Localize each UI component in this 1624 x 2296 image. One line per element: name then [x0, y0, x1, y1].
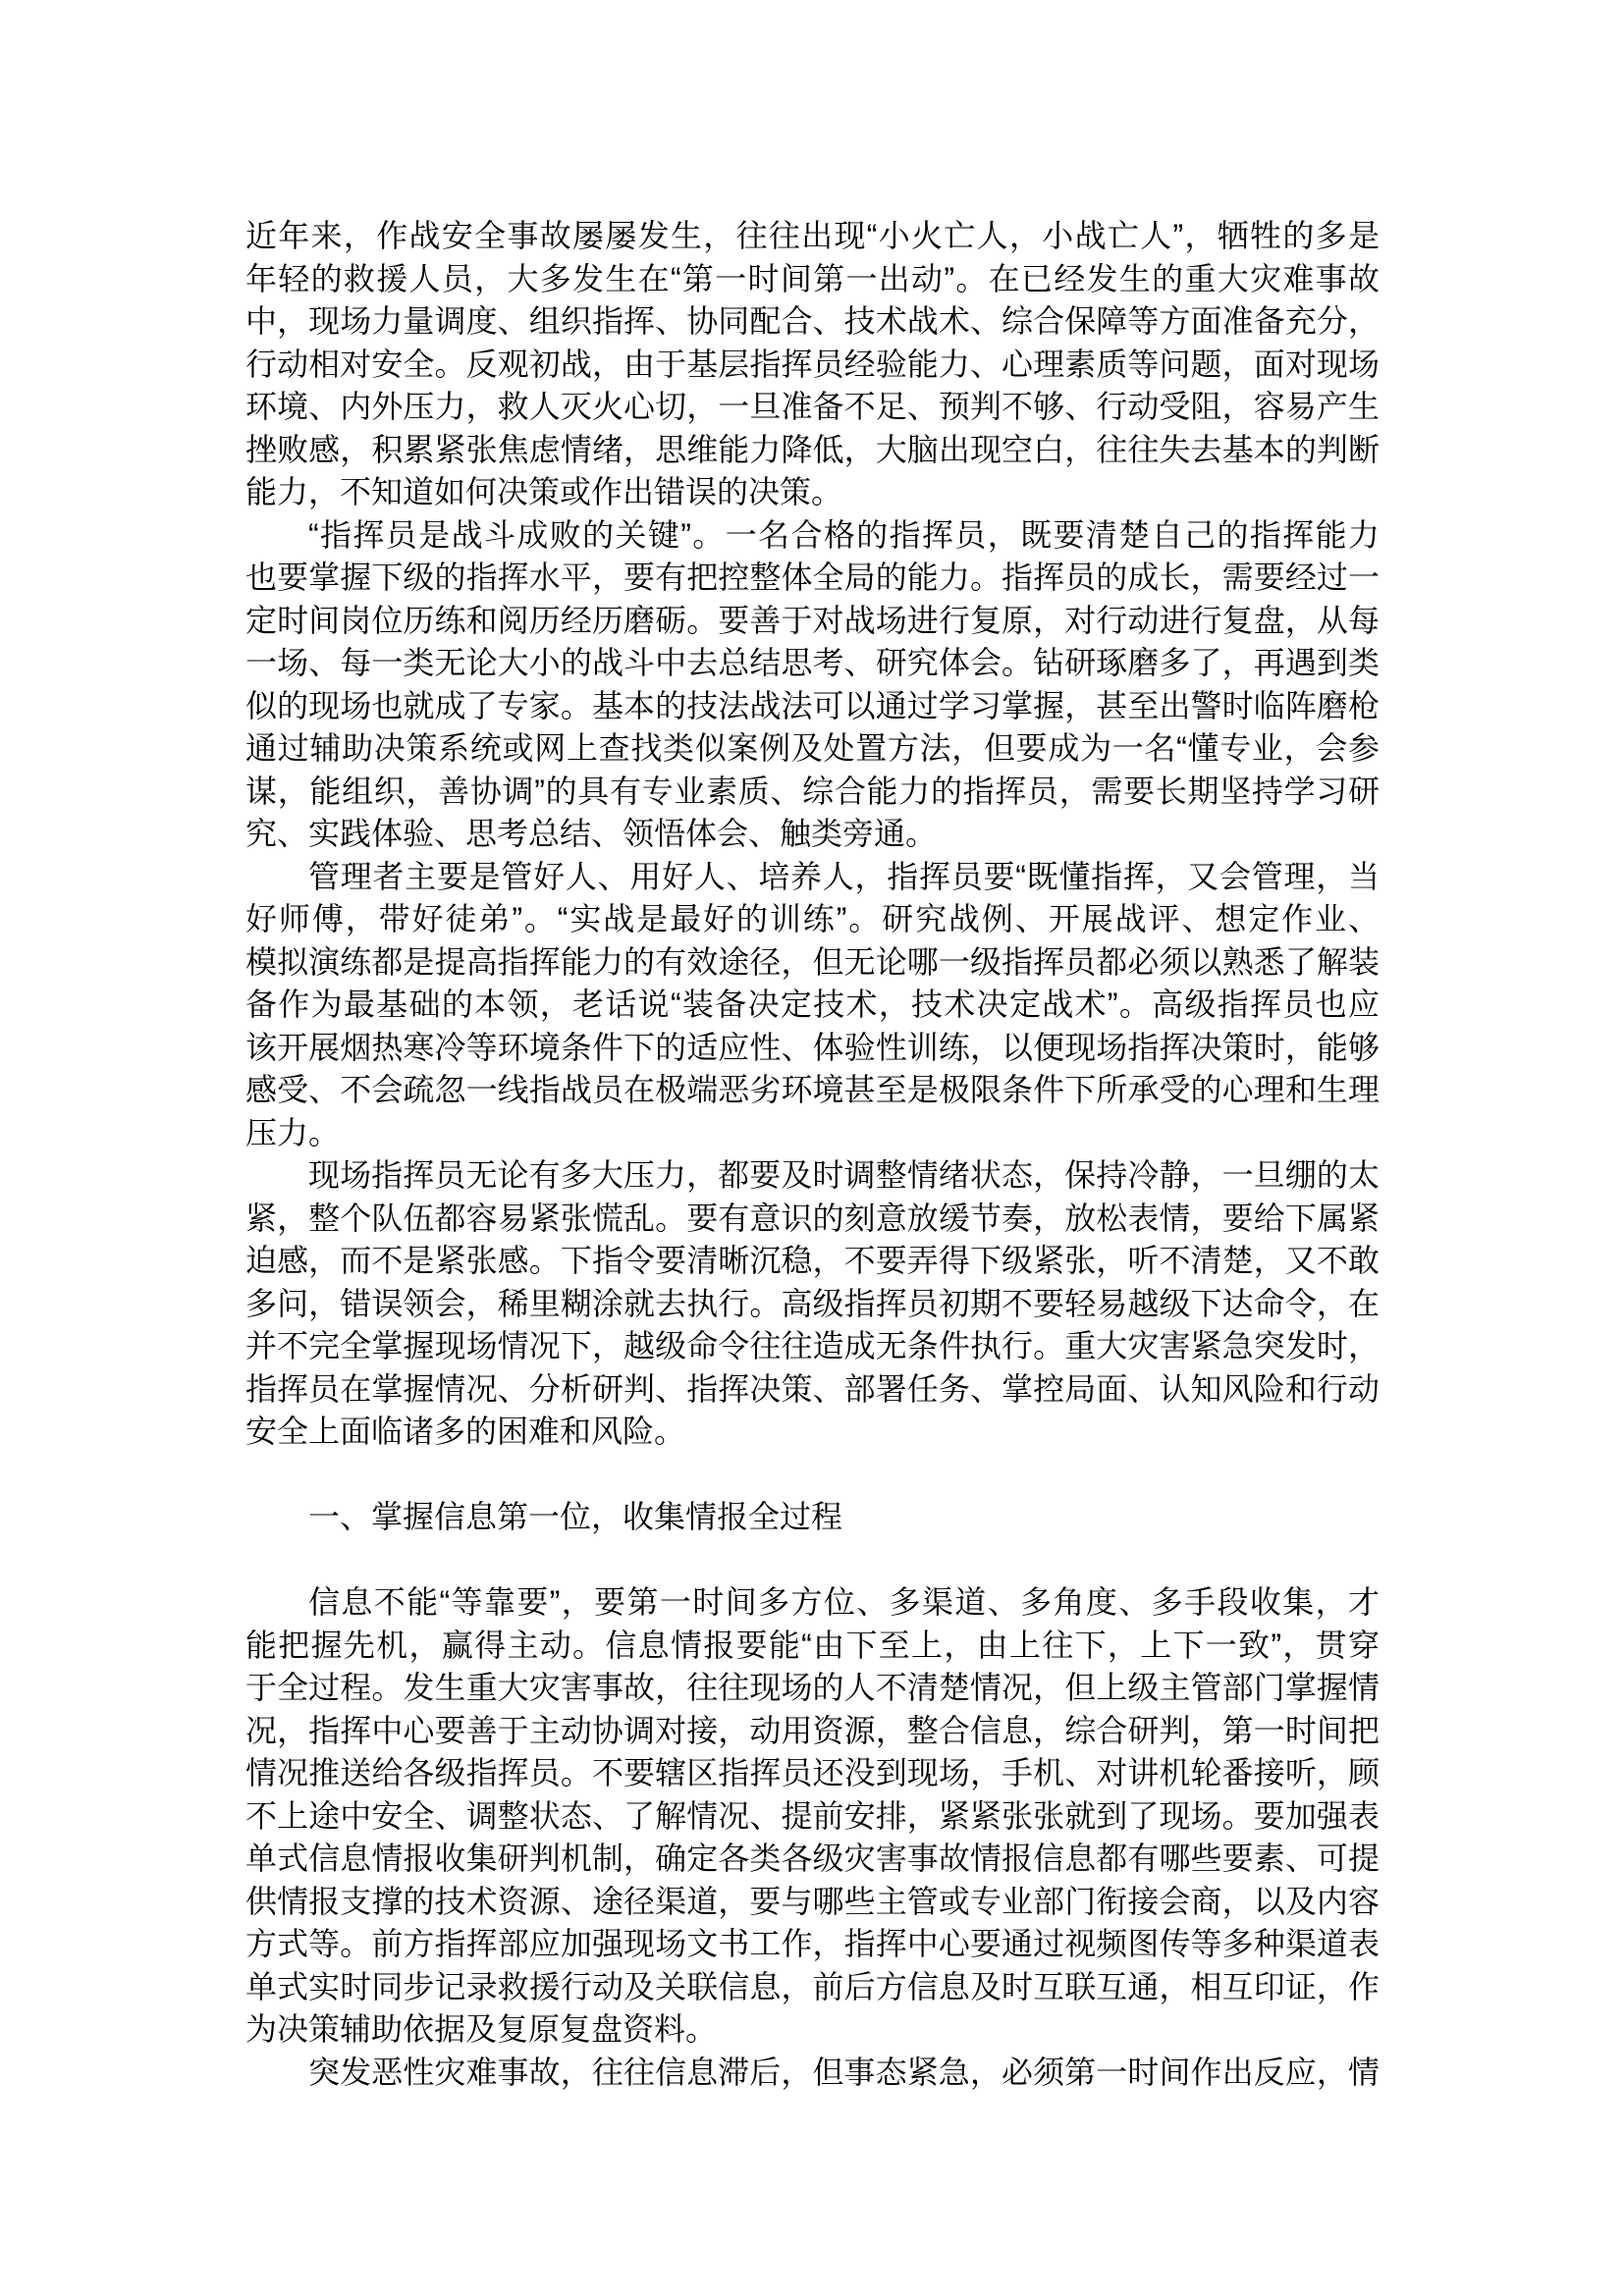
- text-line: 指挥员在掌握情况、分析研判、指挥决策、部署任务、掌控局面、认知风险和行动: [245, 1368, 1380, 1412]
- text-line: 迫感，而不是紧张感。下指令要清晰沉稳，不要弄得下级紧张，听不清楚，又不敢: [245, 1240, 1380, 1283]
- text-line: 现场指挥员无论有多大压力，都要及时调整情绪状态，保持冷静，一旦绷的太: [245, 1154, 1380, 1198]
- text-line: 单式信息情报收集研判机制，确定各类各级灾害事故情报信息都有哪些要素、可提: [245, 1838, 1380, 1881]
- text-line: 年轻的救援人员，大多发生在“第一时间第一出动”。在已经发生的重大灾难事故: [245, 258, 1380, 301]
- paragraph: 信息不能“等靠要”，要第一时间多方位、多渠道、多角度、多手段收集，才能把握先机，…: [245, 1581, 1380, 2052]
- paragraph: “指挥员是战斗成败的关键”。一名合格的指挥员，既要清楚自己的指挥能力也要掌握下级…: [245, 514, 1380, 856]
- section-heading: 一、掌握信息第一位，收集情报全过程: [245, 1496, 1380, 1539]
- text-line: 多问，错误领会，稀里糊涂就去执行。高级指挥员初期不要轻易越级下达命令，在: [245, 1283, 1380, 1326]
- text-line: 行动相对安全。反观初战，由于基层指挥员经验能力、心理素质等问题，面对现场: [245, 344, 1380, 387]
- text-line: 突发恶性灾难事故，往往信息滞后，但事态紧急，必须第一时间作出反应，情: [245, 2052, 1380, 2095]
- text-line: 中，现场力量调度、组织指挥、协同配合、技术战术、综合保障等方面准备充分，: [245, 300, 1380, 344]
- paragraph: 近年来，作战安全事故屡屡发生，往往出现“小火亡人，小战亡人”，牺牲的多是年轻的救…: [245, 215, 1380, 514]
- blank-line: [245, 1454, 1380, 1497]
- text-line: 究、实践体验、思考总结、领悟体会、触类旁通。: [245, 813, 1380, 856]
- text-line: 备作为最基础的本领，老话说“装备决定技术，技术决定战术”。高级指挥员也应: [245, 984, 1380, 1027]
- text-line: 供情报支撑的技术资源、途径渠道，要与哪些主管或专业部门衔接会商，以及内容: [245, 1881, 1380, 1924]
- text-line: 情况推送给各级指挥员。不要辖区指挥员还没到现场，手机、对讲机轮番接听，顾: [245, 1752, 1380, 1795]
- paragraph: 现场指挥员无论有多大压力，都要及时调整情绪状态，保持冷静，一旦绷的太紧，整个队伍…: [245, 1154, 1380, 1454]
- text-line: 管理者主要是管好人、用好人、培养人，指挥员要“既懂指挥，又会管理，当: [245, 856, 1380, 899]
- blank-line: [245, 1539, 1380, 1582]
- text-line: 谋，能组织，善协调”的具有专业素质、综合能力的指挥员，需要长期坚持学习研: [245, 771, 1380, 814]
- text-line: 紧，整个队伍都容易紧张慌乱。要有意识的刻意放缓节奏，放松表情，要给下属紧: [245, 1198, 1380, 1241]
- text-line: 不上途中安全、调整状态、了解情况、提前安排，紧紧张张就到了现场。要加强表: [245, 1795, 1380, 1839]
- heading-text-line: 一、掌握信息第一位，收集情报全过程: [245, 1496, 1380, 1539]
- text-line: 挫败感，积累紧张焦虑情绪，思维能力降低，大脑出现空白，往往失去基本的判断: [245, 429, 1380, 472]
- text-line: 一场、每一类无论大小的战斗中去总结思考、研究体会。钻研琢磨多了，再遇到类: [245, 642, 1380, 685]
- document-page: 近年来，作战安全事故屡屡发生，往往出现“小火亡人，小战亡人”，牺牲的多是年轻的救…: [0, 0, 1624, 2296]
- text-line: 模拟演练都是提高指挥能力的有效途径，但无论哪一级指挥员都必须以熟悉了解装: [245, 941, 1380, 985]
- text-line: 近年来，作战安全事故屡屡发生，往往出现“小火亡人，小战亡人”，牺牲的多是: [245, 215, 1380, 258]
- text-line: 感受、不会疏忽一线指战员在极端恶劣环境甚至是极限条件下所承受的心理和生理: [245, 1069, 1380, 1112]
- text-line: 单式实时同步记录救援行动及关联信息，前后方信息及时互联互通，相互印证，作: [245, 1966, 1380, 2009]
- text-line: 方式等。前方指挥部应加强现场文书工作，指挥中心要通过视频图传等多种渠道表: [245, 1923, 1380, 1966]
- text-line: 能把握先机，赢得主动。信息情报要能“由下至上，由上往下，上下一致”，贯穿: [245, 1625, 1380, 1668]
- text-line: 通过辅助决策系统或网上查找类似案例及处置方法，但要成为一名“懂专业，会参: [245, 727, 1380, 771]
- text-line: 并不完全掌握现场情况下，越级命令往往造成无条件执行。重大灾害紧急突发时，: [245, 1325, 1380, 1368]
- text-line: 况，指挥中心要善于主动协调对接，动用资源，整合信息，综合研判，第一时间把: [245, 1710, 1380, 1753]
- paragraph: 管理者主要是管好人、用好人、培养人，指挥员要“既懂指挥，又会管理，当好师傅，带好…: [245, 856, 1380, 1155]
- paragraph: 突发恶性灾难事故，往往信息滞后，但事态紧急，必须第一时间作出反应，情: [245, 2052, 1380, 2095]
- text-line: 信息不能“等靠要”，要第一时间多方位、多渠道、多角度、多手段收集，才: [245, 1581, 1380, 1625]
- text-line: 该开展烟热寒冷等环境条件下的适应性、体验性训练，以便现场指挥决策时，能够: [245, 1027, 1380, 1070]
- text-line: 安全上面临诸多的困难和风险。: [245, 1411, 1380, 1454]
- text-line: 好师傅，带好徒弟”。“实战是最好的训练”。研究战例、开展战评、想定作业、: [245, 898, 1380, 941]
- text-line: 环境、内外压力，救人灭火心切，一旦准备不足、预判不够、行动受阻，容易产生: [245, 386, 1380, 429]
- text-line: 定时间岗位历练和阅历经历磨砺。要善于对战场进行复原，对行动进行复盘，从每: [245, 600, 1380, 643]
- text-line: 似的现场也就成了专家。基本的技法战法可以通过学习掌握，甚至出警时临阵磨枪: [245, 685, 1380, 728]
- text-line: 于全过程。发生重大灾害事故，往往现场的人不清楚情况，但上级主管部门掌握情: [245, 1667, 1380, 1710]
- text-line: 也要掌握下级的指挥水平，要有把控整体全局的能力。指挥员的成长，需要经过一: [245, 557, 1380, 600]
- document-body: 近年来，作战安全事故屡屡发生，往往出现“小火亡人，小战亡人”，牺牲的多是年轻的救…: [245, 215, 1380, 2094]
- text-line: 为决策辅助依据及复原复盘资料。: [245, 2008, 1380, 2052]
- text-line: “指挥员是战斗成败的关键”。一名合格的指挥员，既要清楚自己的指挥能力: [245, 514, 1380, 558]
- text-line: 压力。: [245, 1112, 1380, 1155]
- text-line: 能力，不知道如何决策或作出错误的决策。: [245, 471, 1380, 514]
